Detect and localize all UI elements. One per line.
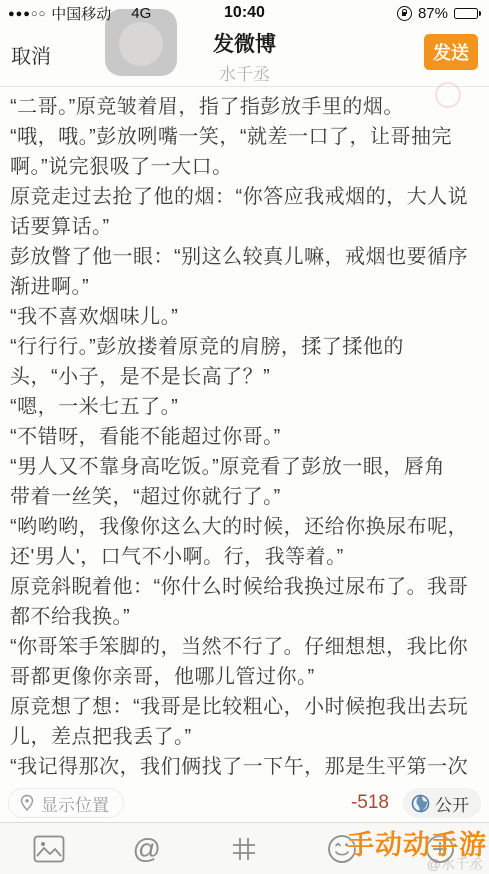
show-location-label: 显示位置 — [41, 791, 109, 816]
text-line: “我记得那次，我们俩找了一下午，那是生平第一次 — [10, 752, 479, 782]
location-pin-icon — [19, 794, 35, 812]
text-line: “行行行。”彭放搂着原竞的肩膀，揉了揉他的 — [10, 332, 479, 362]
mention-icon: @ — [132, 833, 160, 865]
send-button[interactable]: 发送 — [424, 34, 478, 70]
compose-textarea[interactable]: “二哥。”原竞皱着眉，指了指彭放手里的烟。“哦，哦。”彭放咧嘴一笑，“就差一口了… — [0, 90, 489, 784]
text-line: 儿，差点把我丢了。” — [10, 722, 479, 752]
text-line: “二哥。”原竞皱着眉，指了指彭放手里的烟。 — [10, 92, 479, 122]
text-line: 话要算话。” — [10, 212, 479, 242]
text-line: “不错呀，看能不能超过你哥。” — [10, 422, 479, 452]
clock: 10:40 — [0, 4, 489, 22]
text-line: 啊。”说完狠吸了一大口。 — [10, 152, 479, 182]
text-line: “哦，哦。”彭放咧嘴一笑，“就差一口了，让哥抽完 — [10, 122, 479, 152]
visibility-button[interactable]: 公开 — [403, 788, 481, 818]
mention-button[interactable]: @ — [117, 833, 177, 865]
show-location-button[interactable]: 显示位置 — [8, 788, 124, 818]
visibility-label: 公开 — [435, 791, 469, 816]
nav-divider — [0, 86, 489, 87]
network-type-label: 4G — [131, 5, 151, 22]
text-line: 哥都更像你亲哥，他哪儿管过你。” — [10, 662, 479, 692]
globe-icon — [411, 794, 430, 813]
hashtag-icon — [230, 835, 258, 863]
text-line: “哟哟哟，我像你这么大的时候，还给你换尿布呢， — [10, 512, 479, 542]
text-line: 头，“小子，是不是长高了？” — [10, 362, 479, 392]
text-line: “我不喜欢烟味儿。” — [10, 302, 479, 332]
text-line: “你哥笨手笨脚的，当然不行了。仔细想想，我比你 — [10, 632, 479, 662]
image-icon — [33, 835, 65, 863]
text-line: 带着一丝笑，“超过你就行了。” — [10, 482, 479, 512]
text-line: 原竞想了想：“我哥是比较粗心，小时候抱我出去玩 — [10, 692, 479, 722]
insert-image-button[interactable] — [19, 835, 79, 863]
text-line: 原竞走过去抢了他的烟：“你答应我戒烟的，大人说 — [10, 182, 479, 212]
status-bar: ●●●○○ 中国移动 4G 10:40 87% — [0, 0, 489, 26]
page-title: 发微博 — [0, 28, 489, 58]
compose-footer: 显示位置 -518 公开 — [0, 784, 489, 822]
rotation-lock-icon — [397, 6, 412, 21]
text-line: 彭放瞥了他一眼：“别这么较真儿嘛，戒烟也要循序 — [10, 242, 479, 272]
text-line: 渐进啊。” — [10, 272, 479, 302]
text-line: 还'男人'，口气不小啊。行，我等着。” — [10, 542, 479, 572]
text-line: “嗯，一米七五了。” — [10, 392, 479, 422]
text-line: 原竞斜睨着他：“你什么时候给我换过尿布了。我哥 — [10, 572, 479, 602]
page-subtitle: 水千丞 — [0, 60, 489, 85]
faint-watermark-circle — [435, 82, 461, 108]
text-line: 都不给我换。” — [10, 602, 479, 632]
text-line: “男人又不靠身高吃饭。”原竞看了彭放一眼，唇角 — [10, 452, 479, 482]
nav-bar: 取消 发微博 水千丞 发送 — [0, 26, 489, 86]
hashtag-button[interactable] — [214, 835, 274, 863]
author-watermark: @水千丞 — [427, 854, 483, 874]
character-count: -518 — [351, 792, 389, 814]
